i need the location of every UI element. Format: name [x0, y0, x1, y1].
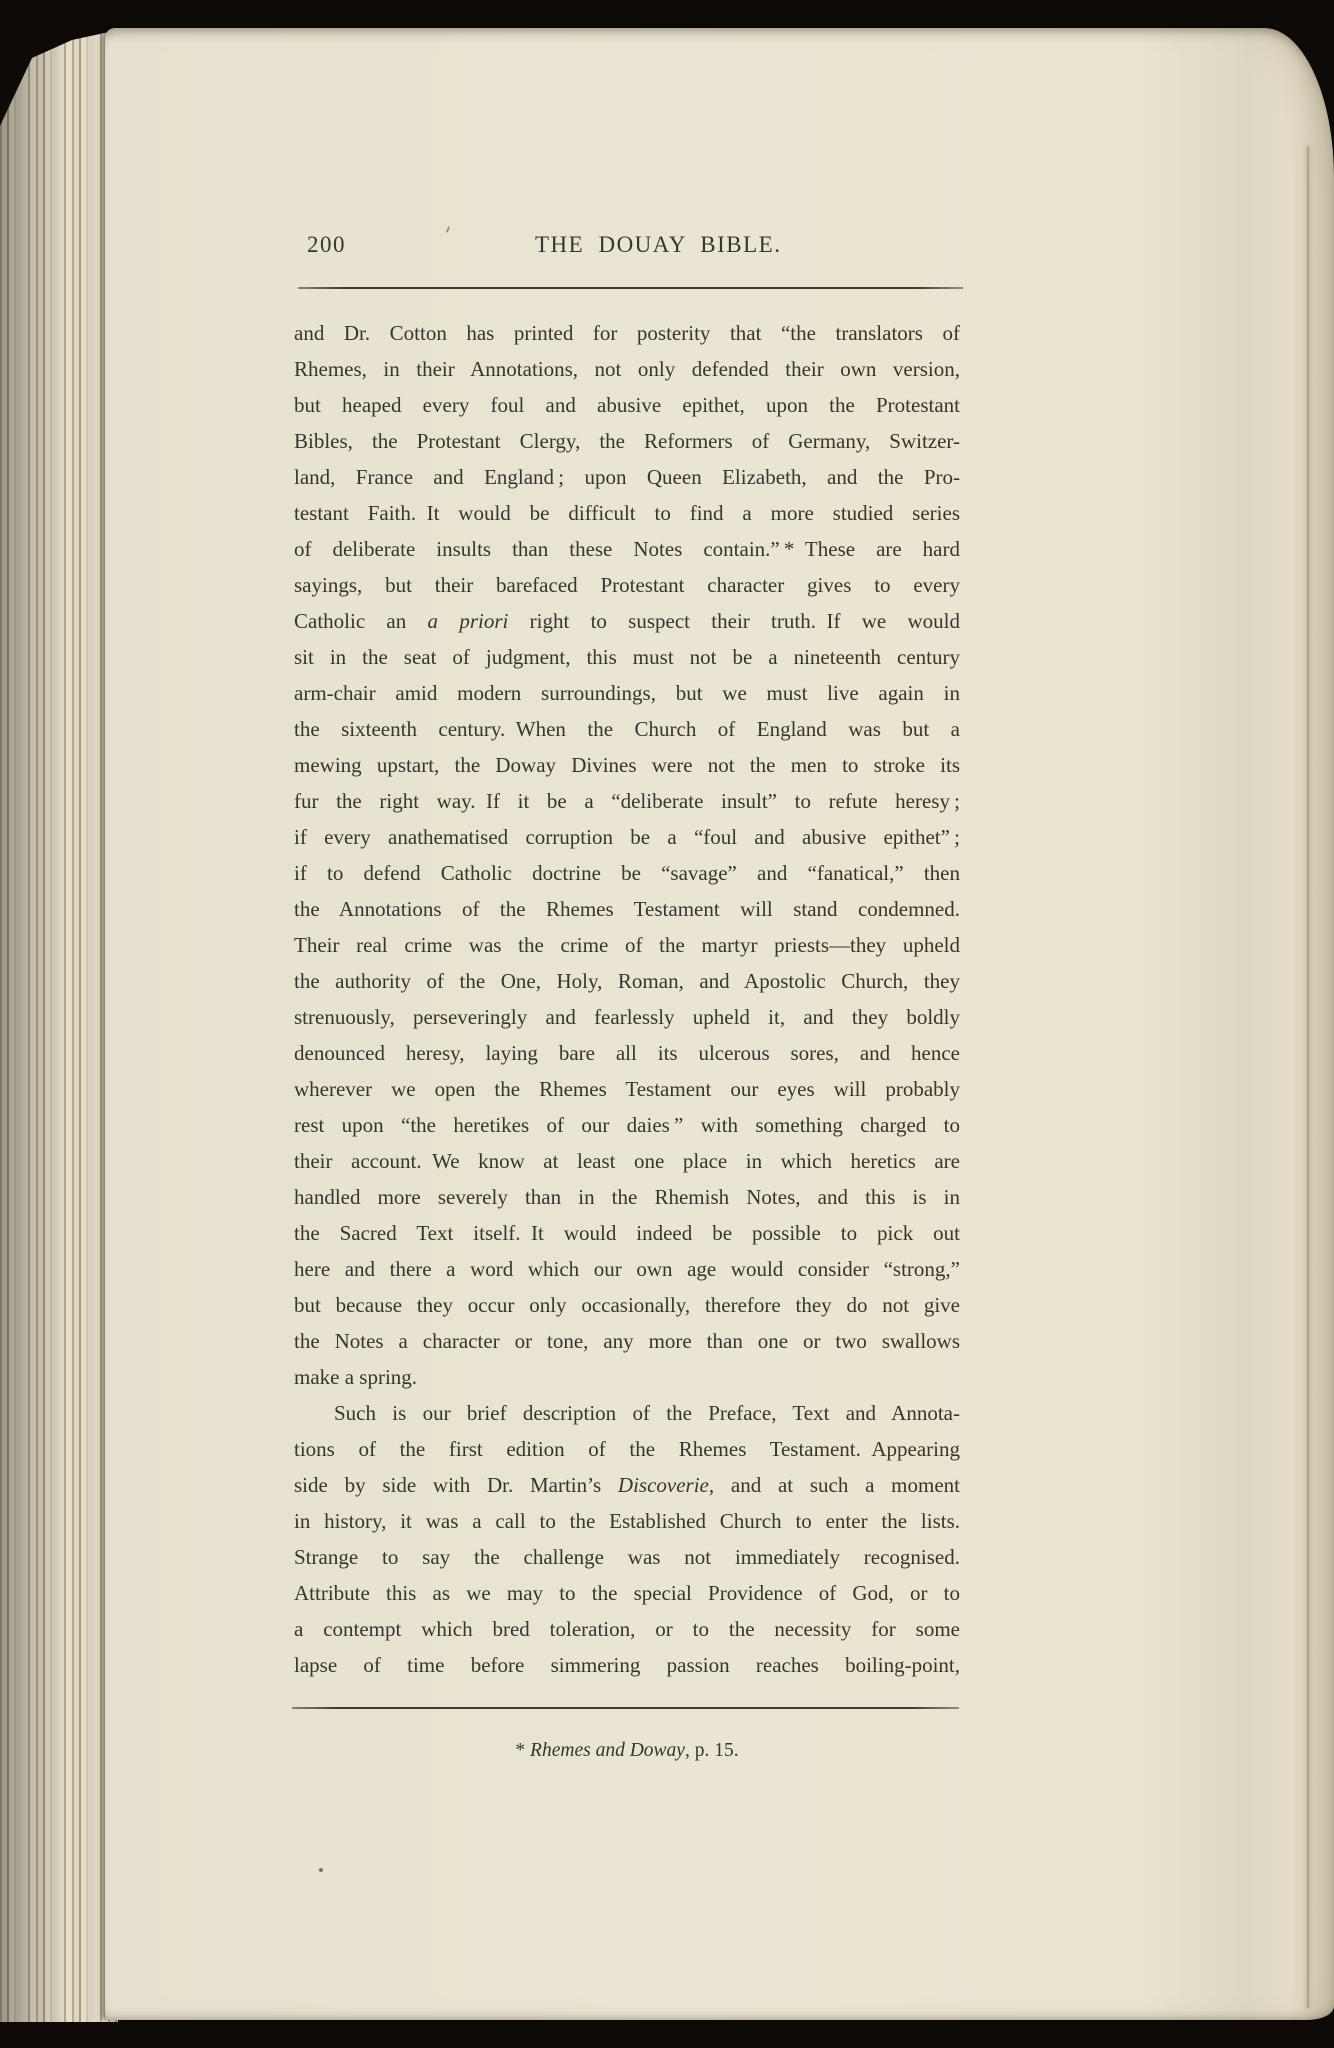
text-segment: sayings, but their barefaced Protestant …	[294, 573, 960, 597]
footnote-text: * Rhemes and Doway, p. 15.	[294, 1738, 960, 1764]
text-line: rest upon “the heretikes of our daies ” …	[294, 1107, 960, 1143]
text-segment: strenuously, perseveringly and fearlessl…	[294, 1005, 960, 1029]
text-segment: , p. 15.	[685, 1740, 739, 1761]
text-line: sit in the seat of judgment, this must n…	[294, 639, 960, 675]
page-number: 200	[307, 232, 346, 258]
text-line: wherever we open the Rhemes Testament ou…	[294, 1071, 960, 1107]
text-line: the Notes a character or tone, any more …	[294, 1323, 960, 1359]
text-segment: the Annotations of the Rhemes Testament …	[294, 897, 960, 921]
footnote-rule	[292, 1707, 959, 1709]
text-line: Such is our brief description of the Pre…	[294, 1395, 960, 1431]
text-segment: denounced heresy, laying bare all its ul…	[294, 1041, 960, 1065]
text-segment: a contempt which bred toleration, or to …	[294, 1617, 960, 1641]
text-line: but because they occur only occasionally…	[294, 1287, 960, 1323]
text-segment: land, France and England ; upon Queen El…	[294, 465, 960, 489]
text-segment: their account. We know at least one plac…	[294, 1149, 960, 1173]
italic-text: Discoverie	[618, 1473, 709, 1497]
text-line: Bibles, the Protestant Clergy, the Refor…	[294, 423, 960, 459]
text-segment: if every anathematised corruption be a “…	[294, 825, 960, 849]
italic-text: a priori	[428, 609, 509, 633]
text-line: mewing upstart, the Doway Divines were n…	[294, 747, 960, 783]
text-segment: sit in the seat of judgment, this must n…	[294, 645, 960, 669]
ink-speck	[319, 1868, 323, 1872]
text-segment: right to suspect their truth. If we woul…	[508, 609, 960, 633]
text-line: handled more severely than in the Rhemis…	[294, 1179, 960, 1215]
book-page: 200 THE DOUAY BIBLE. and Dr. Cotton has …	[105, 28, 1334, 2020]
text-line: side by side with Dr. Martin’s Discoveri…	[294, 1467, 960, 1503]
text-line: Rhemes, in their Annotations, not only d…	[294, 351, 960, 387]
text-segment: handled more severely than in the Rhemis…	[294, 1185, 960, 1209]
text-line: Attribute this as we may to the special …	[294, 1575, 960, 1611]
text-segment: Catholic an	[294, 609, 428, 633]
text-segment: Attribute this as we may to the special …	[294, 1581, 960, 1605]
text-line: denounced heresy, laying bare all its ul…	[294, 1035, 960, 1071]
italic-text: Rhemes and Doway	[530, 1740, 685, 1761]
text-line: Catholic an a priori right to suspect th…	[294, 603, 960, 639]
text-segment: and Dr. Cotton has printed for posterity…	[294, 321, 960, 345]
text-segment: Their real crime was the crime of the ma…	[294, 933, 960, 957]
text-line: tions of the first edition of the Rhemes…	[294, 1431, 960, 1467]
text-line: the sixteenth century. When the Church o…	[294, 711, 960, 747]
text-segment: , and at such a moment	[709, 1473, 960, 1497]
text-line: Strange to say the challenge was not imm…	[294, 1539, 960, 1575]
text-segment: fur the right way. If it be a “deliberat…	[294, 789, 960, 813]
text-segment: *	[515, 1740, 530, 1761]
book-scan: 200 THE DOUAY BIBLE. and Dr. Cotton has …	[0, 0, 1334, 2048]
text-segment: rest upon “the heretikes of our daies ” …	[294, 1113, 960, 1137]
text-segment: side by side with Dr. Martin’s	[294, 1473, 618, 1497]
text-line: and Dr. Cotton has printed for posterity…	[294, 315, 960, 351]
ink-speck	[446, 226, 451, 233]
text-segment: the Notes a character or tone, any more …	[294, 1329, 960, 1353]
text-segment: Rhemes, in their Annotations, not only d…	[294, 357, 960, 381]
text-segment: if to defend Catholic doctrine be “savag…	[294, 861, 960, 885]
text-line: make a spring.	[294, 1359, 960, 1395]
text-line: the authority of the One, Holy, Roman, a…	[294, 963, 960, 999]
running-title: THE DOUAY BIBLE.	[535, 232, 781, 258]
text-line: of deliberate insults than these Notes c…	[294, 531, 960, 567]
page-stack-edges	[0, 30, 118, 2022]
text-line: arm-chair amid modern surroundings, but …	[294, 675, 960, 711]
text-line: here and there a word which our own age …	[294, 1251, 960, 1287]
text-line: lapse of time before simmering passion r…	[294, 1647, 960, 1683]
text-line: a contempt which bred toleration, or to …	[294, 1611, 960, 1647]
text-segment: testant Faith. It would be difficult to …	[294, 501, 960, 525]
text-segment: Such is our brief description of the Pre…	[334, 1401, 960, 1425]
text-line: fur the right way. If it be a “deliberat…	[294, 783, 960, 819]
text-segment: arm-chair amid modern surroundings, but …	[294, 681, 960, 705]
text-segment: Strange to say the challenge was not imm…	[294, 1545, 960, 1569]
header-rule	[298, 287, 963, 289]
text-segment: of deliberate insults than these Notes c…	[294, 537, 960, 561]
text-line: the Sacred Text itself. It would indeed …	[294, 1215, 960, 1251]
text-line: if to defend Catholic doctrine be “savag…	[294, 855, 960, 891]
text-segment: the sixteenth century. When the Church o…	[294, 717, 960, 741]
text-segment: in history, it was a call to the Establi…	[294, 1509, 960, 1533]
text-line: strenuously, perseveringly and fearlessl…	[294, 999, 960, 1035]
text-line: testant Faith. It would be difficult to …	[294, 495, 960, 531]
text-segment: tions of the first edition of the Rhemes…	[294, 1437, 960, 1461]
text-segment: the authority of the One, Holy, Roman, a…	[294, 969, 960, 993]
text-segment: make a spring.	[294, 1365, 417, 1389]
text-segment: but because they occur only occasionally…	[294, 1293, 960, 1317]
text-line: Their real crime was the crime of the ma…	[294, 927, 960, 963]
text-line: land, France and England ; upon Queen El…	[294, 459, 960, 495]
text-line: the Annotations of the Rhemes Testament …	[294, 891, 960, 927]
text-segment: but heaped every foul and abusive epithe…	[294, 393, 960, 417]
text-segment: lapse of time before simmering passion r…	[294, 1653, 960, 1677]
text-line: their account. We know at least one plac…	[294, 1143, 960, 1179]
text-line: but heaped every foul and abusive epithe…	[294, 387, 960, 423]
text-line: sayings, but their barefaced Protestant …	[294, 567, 960, 603]
text-line: if every anathematised corruption be a “…	[294, 819, 960, 855]
text-segment: the Sacred Text itself. It would indeed …	[294, 1221, 960, 1245]
text-segment: Bibles, the Protestant Clergy, the Refor…	[294, 429, 960, 453]
gutter-crease	[1307, 146, 1309, 2008]
body-text: and Dr. Cotton has printed for posterity…	[294, 315, 960, 1683]
text-segment: here and there a word which our own age …	[294, 1257, 960, 1281]
text-line: in history, it was a call to the Establi…	[294, 1503, 960, 1539]
text-segment: mewing upstart, the Doway Divines were n…	[294, 753, 960, 777]
text-segment: wherever we open the Rhemes Testament ou…	[294, 1077, 960, 1101]
